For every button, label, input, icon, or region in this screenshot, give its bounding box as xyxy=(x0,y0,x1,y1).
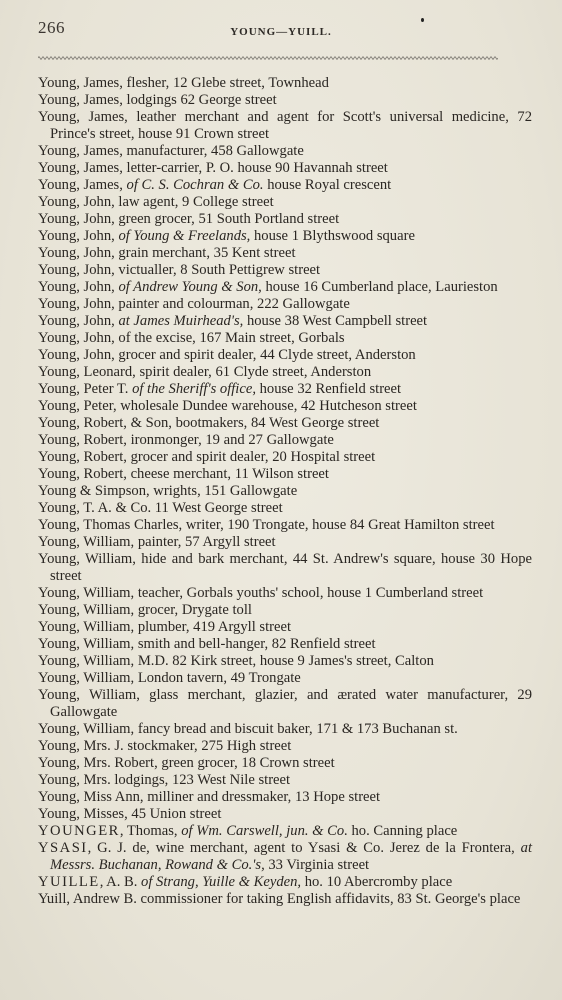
entry-italic-text: of the Sheriff's office, xyxy=(132,381,256,397)
entry-text: house 32 Renfield street xyxy=(256,381,401,397)
entry-text: Young, James, letter-carrier, P. O. hous… xyxy=(38,160,388,176)
entry-text: Young, John, xyxy=(38,313,118,329)
entry-text: Young, John, xyxy=(38,279,118,295)
directory-entry: Young, James, flesher, 12 Glebe street, … xyxy=(38,75,532,92)
entry-text: Young, Leonard, spirit dealer, 61 Clyde … xyxy=(38,364,371,380)
running-head: YOUNG—YUILL. xyxy=(0,26,562,38)
ink-speck xyxy=(421,18,424,22)
directory-entry: Young, William, London tavern, 49 Tronga… xyxy=(38,670,532,687)
entry-text: Young, Robert, & Son, bootmakers, 84 Wes… xyxy=(38,415,379,431)
directory-entry: Young, Robert, grocer and spirit dealer,… xyxy=(38,449,532,466)
directory-entry: Young, William, painter, 57 Argyll stree… xyxy=(38,534,532,551)
directory-entry: Young, John, of Andrew Young & Son, hous… xyxy=(38,279,532,296)
directory-entry: Young, John, victualler, 8 South Pettigr… xyxy=(38,262,532,279)
entry-text: Young, Miss Ann, milliner and dressmaker… xyxy=(38,789,380,805)
directory-entry: Young, John, at James Muirhead's, house … xyxy=(38,313,532,330)
entry-text: Young, John, xyxy=(38,228,118,244)
entry-text: Young, John, victualler, 8 South Pettigr… xyxy=(38,262,320,278)
page-header: 266 YOUNG—YUILL. xyxy=(0,0,562,70)
directory-entry: Young, Peter T. of the Sheriff's office,… xyxy=(38,381,532,398)
entry-text: house Royal crescent xyxy=(264,177,392,193)
entry-italic-text: of Strang, Yuille & Keyden, xyxy=(141,874,301,890)
directory-entry: Young, James, letter-carrier, P. O. hous… xyxy=(38,160,532,177)
entry-text: Young, T. A. & Co. 11 West George street xyxy=(38,500,283,516)
directory-entry: YSASI, G. J. de, wine merchant, agent to… xyxy=(38,840,532,874)
entry-text: Young, John, law agent, 9 College street xyxy=(38,194,274,210)
directory-entry: YOUNGER, Thomas, of Wm. Carswell, jun. &… xyxy=(38,823,532,840)
entry-text: Young, William, M.D. 82 Kirk street, hou… xyxy=(38,653,434,669)
directory-entries: Young, James, flesher, 12 Glebe street, … xyxy=(38,75,532,908)
directory-entry: Young, William, glass merchant, glazier,… xyxy=(38,687,532,721)
entry-text: Young, James, xyxy=(38,177,127,193)
entry-surname-caps: YSASI xyxy=(38,840,88,856)
entry-text: house 38 West Campbell street xyxy=(243,313,427,329)
entry-text: Young, William, fancy bread and biscuit … xyxy=(38,721,458,737)
directory-entry: Young, Robert, & Son, bootmakers, 84 Wes… xyxy=(38,415,532,432)
directory-entry: YUILLE, A. B. of Strang, Yuille & Keyden… xyxy=(38,874,532,891)
directory-entry: Young, Miss Ann, milliner and dressmaker… xyxy=(38,789,532,806)
entry-text: Young, James, lodgings 62 George street xyxy=(38,92,277,108)
entry-text: Young, Thomas Charles, writer, 190 Trong… xyxy=(38,517,495,533)
entry-italic-text: of Wm. Carswell, jun. & Co. xyxy=(181,823,348,839)
directory-entry: Young, John, of the excise, 167 Main str… xyxy=(38,330,532,347)
entry-text: Young, William, teacher, Gorbals youths'… xyxy=(38,585,483,601)
entry-text: Yuill, Andrew B. commissioner for taking… xyxy=(38,891,520,907)
directory-entry: Young, James, leather merchant and agent… xyxy=(38,109,532,143)
entry-text: Young, William, painter, 57 Argyll stree… xyxy=(38,534,276,550)
entry-italic-text: of C. S. Cochran & Co. xyxy=(127,177,264,193)
entry-text: , G. J. de, wine merchant, agent to Ysas… xyxy=(88,840,521,856)
entry-text: Young, Peter T. xyxy=(38,381,132,397)
directory-entry: Young, John, grocer and spirit dealer, 4… xyxy=(38,347,532,364)
directory-entry: Young, William, fancy bread and biscuit … xyxy=(38,721,532,738)
directory-entry: Young, James, manufacturer, 458 Gallowga… xyxy=(38,143,532,160)
directory-entry: Young, Misses, 45 Union street xyxy=(38,806,532,823)
directory-entry: Young, William, plumber, 419 Argyll stre… xyxy=(38,619,532,636)
entry-italic-text: of Young & Freelands, xyxy=(118,228,250,244)
directory-entry: Young, Peter, wholesale Dundee warehouse… xyxy=(38,398,532,415)
directory-entry: Young, Mrs. Robert, green grocer, 18 Cro… xyxy=(38,755,532,772)
entry-text: Young, William, hide and bark merchant, … xyxy=(38,551,532,584)
wavy-rule-divider xyxy=(38,55,498,61)
entry-text: Young, Mrs. lodgings, 123 West Nile stre… xyxy=(38,772,290,788)
directory-entry: Young, John, law agent, 9 College street xyxy=(38,194,532,211)
directory-entry: Young, William, smith and bell-hanger, 8… xyxy=(38,636,532,653)
directory-entry: Young, John, green grocer, 51 South Port… xyxy=(38,211,532,228)
entry-text: Young, John, grocer and spirit dealer, 4… xyxy=(38,347,416,363)
entry-text: Young, John, painter and colourman, 222 … xyxy=(38,296,350,312)
directory-entry: Young & Simpson, wrights, 151 Gallowgate xyxy=(38,483,532,500)
entry-text: Young, William, plumber, 419 Argyll stre… xyxy=(38,619,291,635)
directory-entry: Young, Mrs. J. stockmaker, 275 High stre… xyxy=(38,738,532,755)
entry-text: Young, John, grain merchant, 35 Kent str… xyxy=(38,245,296,261)
directory-entry: Young, Thomas Charles, writer, 190 Trong… xyxy=(38,517,532,534)
entry-text: ho. Canning place xyxy=(348,823,457,839)
entry-surname-caps: YOUNGER xyxy=(38,823,120,839)
entry-text: Young, William, grocer, Drygate toll xyxy=(38,602,252,618)
entry-text: 33 Virginia street xyxy=(265,857,369,873)
entry-text: Young, John, green grocer, 51 South Port… xyxy=(38,211,339,227)
directory-entry: Young, Leonard, spirit dealer, 61 Clyde … xyxy=(38,364,532,381)
directory-entry: Young, James, of C. S. Cochran & Co. hou… xyxy=(38,177,532,194)
entry-surname-caps: YUILLE xyxy=(38,874,100,890)
entry-text: Young, James, leather merchant and agent… xyxy=(38,109,532,142)
entry-text: Young, Mrs. Robert, green grocer, 18 Cro… xyxy=(38,755,335,771)
entry-text: Young, John, of the excise, 167 Main str… xyxy=(38,330,345,346)
entry-text: house 16 Cumberland place, Laurieston xyxy=(262,279,498,295)
entry-text: Young, William, glass merchant, glazier,… xyxy=(38,687,532,720)
directory-entry: Young, John, painter and colourman, 222 … xyxy=(38,296,532,313)
directory-entry: Young, William, grocer, Drygate toll xyxy=(38,602,532,619)
entry-text: , Thomas, xyxy=(120,823,181,839)
directory-entry: Young, T. A. & Co. 11 West George street xyxy=(38,500,532,517)
entry-text: Young, James, manufacturer, 458 Gallowga… xyxy=(38,143,304,159)
entry-text: Young, William, smith and bell-hanger, 8… xyxy=(38,636,376,652)
entry-italic-text: at James Muirhead's, xyxy=(118,313,243,329)
directory-entry: Young, John, grain merchant, 35 Kent str… xyxy=(38,245,532,262)
entry-text: Young, Robert, cheese merchant, 11 Wilso… xyxy=(38,466,329,482)
entry-text: ho. 10 Abercromby place xyxy=(301,874,452,890)
entry-italic-text: of Andrew Young & Son, xyxy=(118,279,261,295)
entry-text: Young, William, London tavern, 49 Tronga… xyxy=(38,670,301,686)
directory-entry: Young, William, hide and bark merchant, … xyxy=(38,551,532,585)
directory-entry: Young, William, teacher, Gorbals youths'… xyxy=(38,585,532,602)
entry-text: Young, Peter, wholesale Dundee warehouse… xyxy=(38,398,417,414)
entry-text: Young & Simpson, wrights, 151 Gallowgate xyxy=(38,483,297,499)
directory-entry: Young, John, of Young & Freelands, house… xyxy=(38,228,532,245)
entry-text: Young, Mrs. J. stockmaker, 275 High stre… xyxy=(38,738,291,754)
directory-entry: Young, Robert, cheese merchant, 11 Wilso… xyxy=(38,466,532,483)
entry-text: Young, Robert, ironmonger, 19 and 27 Gal… xyxy=(38,432,334,448)
entry-text: Young, James, flesher, 12 Glebe street, … xyxy=(38,75,329,91)
entry-text: Young, Misses, 45 Union street xyxy=(38,806,221,822)
directory-entry: Young, Mrs. lodgings, 123 West Nile stre… xyxy=(38,772,532,789)
entry-text: , A. B. xyxy=(100,874,141,890)
directory-entry: Yuill, Andrew B. commissioner for taking… xyxy=(38,891,532,908)
directory-entry: Young, Robert, ironmonger, 19 and 27 Gal… xyxy=(38,432,532,449)
directory-entry: Young, James, lodgings 62 George street xyxy=(38,92,532,109)
entry-text: Young, Robert, grocer and spirit dealer,… xyxy=(38,449,375,465)
entry-text: house 1 Blythswood square xyxy=(250,228,415,244)
directory-entry: Young, William, M.D. 82 Kirk street, hou… xyxy=(38,653,532,670)
